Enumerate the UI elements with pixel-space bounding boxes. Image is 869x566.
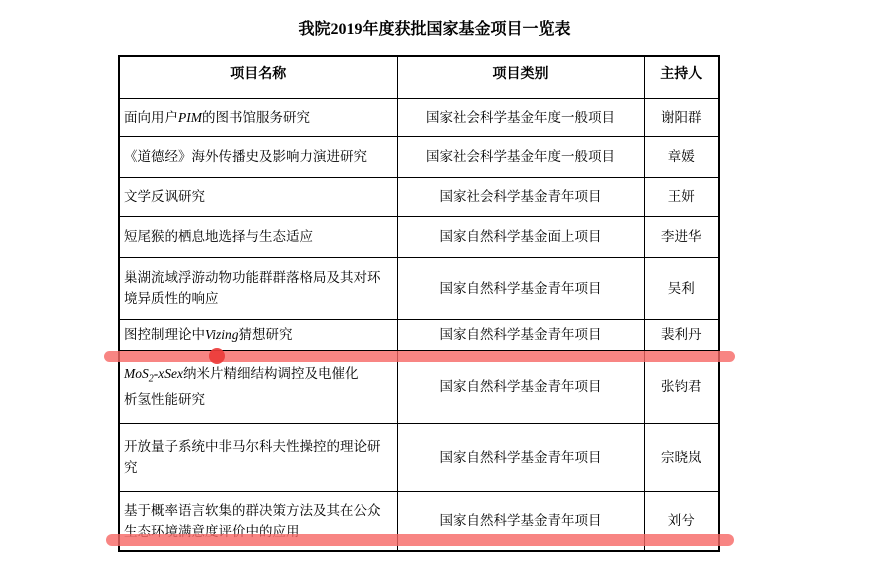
page-title: 我院2019年度获批国家基金项目一览表 (0, 16, 869, 39)
table-row: 开放量子系统中非马尔科夫性操控的理论研究国家自然科学基金青年项目宗晓岚 (119, 423, 719, 491)
project-category-cell: 国家社会科学基金青年项目 (397, 177, 644, 216)
table-body: 面向用户PIM的图书馆服务研究国家社会科学基金年度一般项目谢阳群《道德经》海外传… (119, 98, 719, 551)
table-row: 图控制理论中Vizing猜想研究国家自然科学基金青年项目裴利丹 (119, 319, 719, 350)
project-name-cell: 开放量子系统中非马尔科夫性操控的理论研究 (119, 423, 397, 491)
table-row: 基于概率语言软集的群决策方法及其在公众生态环境满意度评价中的应用国家自然科学基金… (119, 491, 719, 551)
principal-cell: 张钧君 (644, 350, 719, 423)
project-name-text: 析氢性能研究 (124, 392, 205, 407)
project-name-text: 巢湖流域浮游动物功能群群落格局及其对环 (124, 270, 381, 285)
principal-cell: 李进华 (644, 216, 719, 257)
project-name-cell: 《道德经》海外传播史及影响力演进研究 (119, 136, 397, 177)
projects-table: 项目名称 项目类别 主持人 面向用户PIM的图书馆服务研究国家社会科学基金年度一… (118, 55, 720, 552)
project-name-text: 文学反讽研究 (124, 189, 205, 204)
table-row: 文学反讽研究国家社会科学基金青年项目王妍 (119, 177, 719, 216)
project-category-cell: 国家自然科学基金青年项目 (397, 423, 644, 491)
principal-cell: 吴利 (644, 257, 719, 319)
project-name-cell: 基于概率语言软集的群决策方法及其在公众生态环境满意度评价中的应用 (119, 491, 397, 551)
project-category-cell: 国家自然科学基金面上项目 (397, 216, 644, 257)
project-category-cell: 国家自然科学基金青年项目 (397, 257, 644, 319)
project-name-text: 纳米片精细结构调控及电催化 (183, 366, 359, 381)
project-category-cell: 国家社会科学基金年度一般项目 (397, 136, 644, 177)
principal-cell: 谢阳群 (644, 98, 719, 136)
project-name-cell: MoS2-xSex纳米片精细结构调控及电催化析氢性能研究 (119, 350, 397, 423)
principal-cell: 刘兮 (644, 491, 719, 551)
table-header-row: 项目名称 项目类别 主持人 (119, 56, 719, 98)
project-name-text: 开放量子系统中非马尔科夫性操控的理论研 (124, 439, 381, 454)
project-name-text: 基于概率语言软集的群决策方法及其在公众 (124, 503, 381, 518)
project-name-text: 猜想研究 (239, 327, 293, 342)
principal-cell: 王妍 (644, 177, 719, 216)
principal-cell: 裴利丹 (644, 319, 719, 350)
project-name-text: PIM (178, 110, 202, 125)
project-name-text: 短尾猴的栖息地选择与生态适应 (124, 229, 313, 244)
project-name-cell: 面向用户PIM的图书馆服务研究 (119, 98, 397, 136)
column-header-principal: 主持人 (644, 56, 719, 98)
project-name-text: 的图书馆服务研究 (202, 110, 310, 125)
project-name-text: 境异质性的响应 (124, 291, 219, 306)
project-name-text: Vizing (205, 327, 239, 342)
column-header-project-category: 项目类别 (397, 56, 644, 98)
principal-cell: 宗晓岚 (644, 423, 719, 491)
project-name-text: 究 (124, 460, 138, 475)
table-row: 巢湖流域浮游动物功能群群落格局及其对环境异质性的响应国家自然科学基金青年项目吴利 (119, 257, 719, 319)
project-name-cell: 图控制理论中Vizing猜想研究 (119, 319, 397, 350)
project-name-cell: 巢湖流域浮游动物功能群群落格局及其对环境异质性的响应 (119, 257, 397, 319)
project-name-text: 图控制理论中 (124, 327, 205, 342)
project-name-text: -xSex (154, 366, 183, 381)
project-category-cell: 国家自然科学基金青年项目 (397, 319, 644, 350)
project-category-cell: 国家自然科学基金青年项目 (397, 350, 644, 423)
principal-cell: 章媛 (644, 136, 719, 177)
table-row: MoS2-xSex纳米片精细结构调控及电催化析氢性能研究国家自然科学基金青年项目… (119, 350, 719, 423)
project-name-text: 《道德经》海外传播史及影响力演进研究 (124, 149, 367, 164)
table-row: 短尾猴的栖息地选择与生态适应国家自然科学基金面上项目李进华 (119, 216, 719, 257)
column-header-project-name: 项目名称 (119, 56, 397, 98)
table-row: 面向用户PIM的图书馆服务研究国家社会科学基金年度一般项目谢阳群 (119, 98, 719, 136)
project-category-cell: 国家自然科学基金青年项目 (397, 491, 644, 551)
table-row: 《道德经》海外传播史及影响力演进研究国家社会科学基金年度一般项目章媛 (119, 136, 719, 177)
project-name-text: 面向用户 (124, 110, 178, 125)
project-name-cell: 文学反讽研究 (119, 177, 397, 216)
project-name-cell: 短尾猴的栖息地选择与生态适应 (119, 216, 397, 257)
project-category-cell: 国家社会科学基金年度一般项目 (397, 98, 644, 136)
project-name-text: 生态环境满意度评价中的应用 (124, 524, 300, 539)
project-name-text: MoS (124, 366, 149, 381)
